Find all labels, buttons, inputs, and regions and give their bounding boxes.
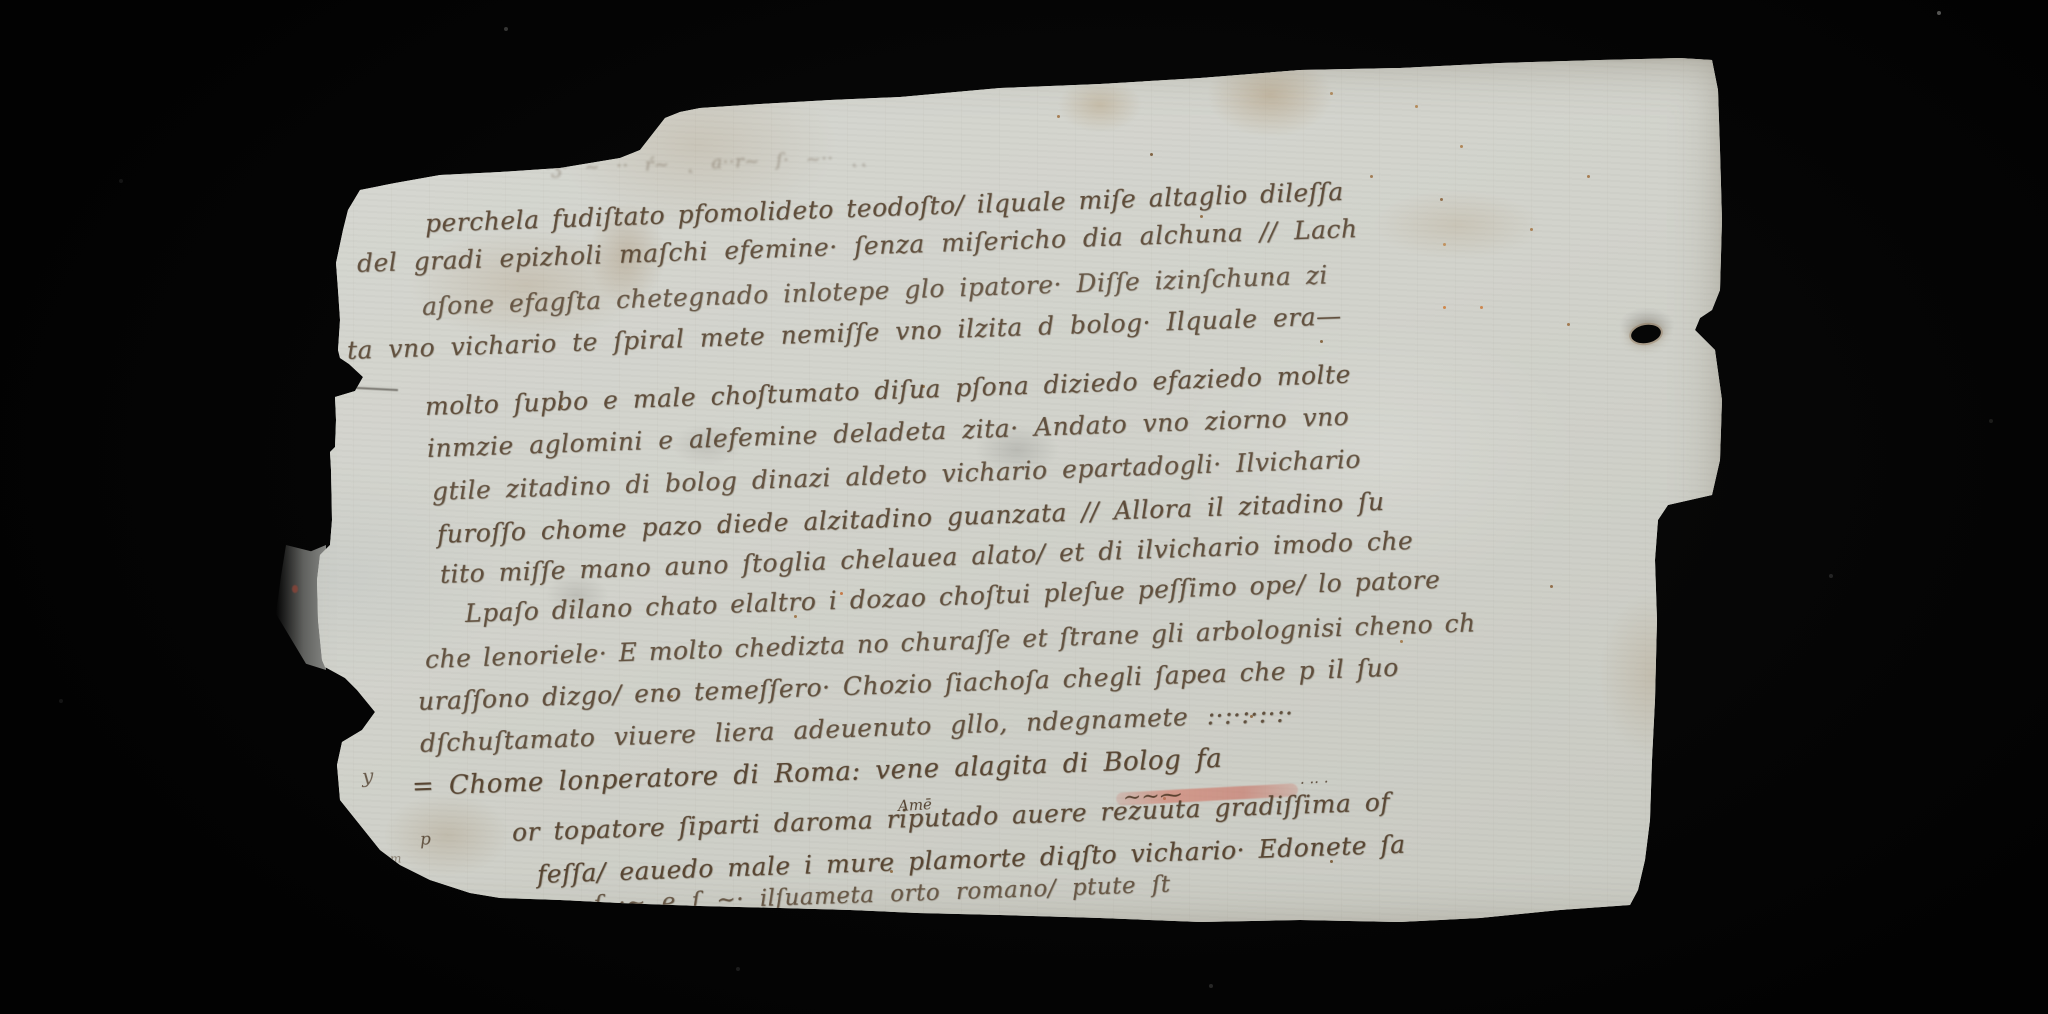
photo-background: ·ʒ· ~ ·· ŕ~ ˛ a··r~ ſ· ~·· ˛˛perchela fu…	[0, 0, 2048, 1014]
marginal-mark: Amē	[898, 795, 933, 815]
marginal-mark: y	[361, 763, 374, 788]
paper-speckles	[277, 55, 280, 58]
marginal-mark: · ·· ·	[1300, 773, 1330, 792]
faded-text-traces: ·ʒ· ~ ·· ŕ~ ˛ a··r~ ſ· ~·· ˛˛	[545, 147, 869, 179]
paper-crack	[356, 387, 398, 391]
marginal-mark: m	[390, 851, 402, 866]
manuscript-paper: ·ʒ· ~ ·· ŕ~ ˛ a··r~ ſ· ~·· ˛˛perchela fu…	[277, 55, 1727, 935]
marginal-mark: p	[419, 829, 431, 850]
paper-hole	[1630, 323, 1663, 346]
marginal-mark: ~~⁓	[1122, 783, 1182, 811]
red-speck	[292, 585, 298, 593]
dust-specks	[0, 0, 2, 2]
